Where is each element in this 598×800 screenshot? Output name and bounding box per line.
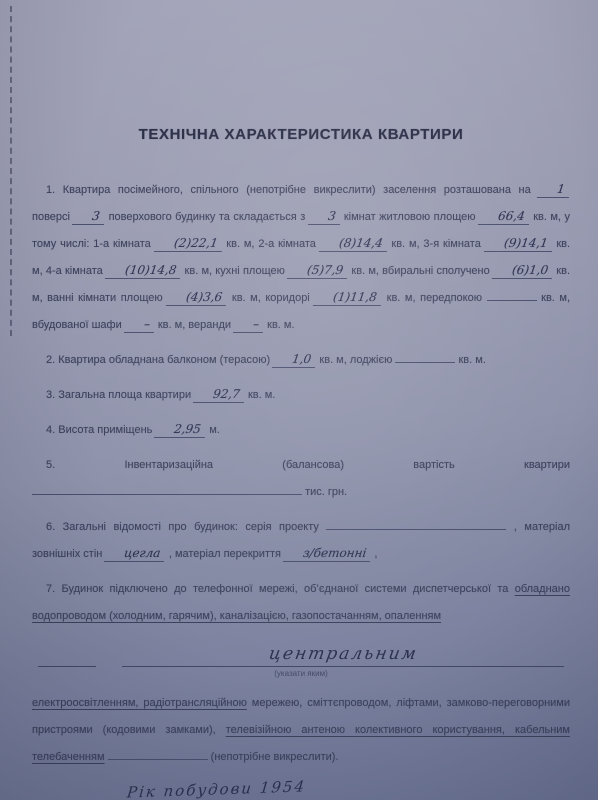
item7-underlined-electric: електроосвітленням, радіотрансляційною (32, 697, 247, 709)
form-item-7-continued: електроосвітленням, радіотрансляційною м… (32, 690, 570, 771)
closet-area-fill: – (124, 317, 156, 333)
corridor-area-fill: (1)11,8 (313, 290, 383, 306)
item5-text: 5. Інвентаризаційна (балансова) вартість… (46, 459, 570, 471)
item5-text: тис. грн. (305, 486, 347, 498)
item1-text: кв. м, передпокою (387, 292, 482, 304)
height-fill: 2,95 (154, 422, 207, 438)
item7-text: 7. Будинок підключено до телефонної мере… (46, 583, 508, 595)
item1-text: кімнат житловою площею (344, 211, 476, 223)
item2-text: 2. Квартира обладнана балконом (терасою) (46, 354, 270, 366)
room3-area-fill: (9)14,1 (484, 236, 554, 252)
item2-text: кв. м, лоджією (319, 354, 392, 366)
heating-line-main: центральним (122, 644, 564, 667)
heating-line-dash (38, 666, 96, 667)
document-photo: ТЕХНІЧНА ХАРАКТЕРИСТИКА КВАРТИРИ 1. Квар… (0, 0, 598, 800)
form-item-5: 5. Інвентаризаційна (балансова) вартість… (32, 452, 570, 506)
kitchen-area-fill: (5)7,9 (287, 263, 349, 279)
year-built-note: Рік побудови 1954 (126, 774, 388, 800)
document-title: ТЕХНІЧНА ХАРАКТЕРИСТИКА КВАРТИРИ (32, 126, 570, 143)
item6-text: , матеріал перекриття (169, 548, 281, 560)
room2-area-fill: (8)14,4 (319, 236, 389, 252)
specify-which-hint: (указати яким) (32, 669, 570, 678)
floor-fill: 1 (537, 182, 571, 198)
rooms-count-fill: 3 (308, 209, 342, 225)
item1-text: кв. м, веранди (158, 319, 231, 331)
item1-text: кв. м, 2-а кімната (226, 238, 316, 250)
walls-material-fill: цегла (104, 546, 167, 562)
total-area-fill: 92,7 (193, 387, 246, 403)
balcony-area-fill: 1,0 (272, 352, 317, 368)
item4-text: 4. Висота приміщень (46, 424, 152, 436)
heating-type-fill: центральним (259, 644, 427, 666)
storeys-fill: 3 (72, 209, 106, 225)
item6-text: 6. Загальні відомості про будинок: серія… (46, 521, 319, 533)
wc-area-fill: (6)1,0 (492, 263, 554, 279)
living-area-fill: 66,4 (478, 209, 531, 225)
item1-text: кв. м, коридорі (232, 292, 310, 304)
form-item-3: 3. Загальна площа квартири 92,7 кв. м. (32, 382, 570, 409)
project-series-blank (326, 518, 506, 530)
form-item-1: 1. Квартира посімейного, спільного (непо… (32, 177, 570, 339)
item7-text: (непотрібне викреслити). (211, 751, 339, 763)
item1-text: кв. м, кухні площею (185, 265, 285, 277)
page-edge-perforation (10, 6, 12, 336)
form-item-7: 7. Будинок підключено до телефонної мере… (32, 576, 570, 630)
bath-area-fill: (4)3,6 (166, 290, 228, 306)
room1-area-fill: (2)22,1 (154, 236, 224, 252)
item2-text: кв. м. (458, 354, 485, 366)
floors-material-fill: з/бетонні (283, 546, 373, 562)
item6-text: , (374, 548, 377, 560)
form-item-6: 6. Загальні відомості про будинок: серія… (32, 514, 570, 568)
form-item-2: 2. Квартира обладнана балконом (терасою)… (32, 347, 570, 374)
item1-text: кв. м, вбиральні сполучено (351, 265, 489, 277)
inventory-value-blank (32, 483, 302, 495)
form-item-4: 4. Висота приміщень 2,95 м. (32, 417, 570, 444)
veranda-area-fill: – (233, 317, 265, 333)
loggia-blank (395, 351, 455, 363)
item3-text: кв. м. (248, 389, 275, 401)
item1-text: кв. м. (267, 319, 294, 331)
extra-services-blank (108, 748, 208, 760)
item3-text: 3. Загальна площа квартири (46, 389, 191, 401)
item1-text: поверхового будинку та складається з (109, 211, 306, 223)
item4-text: м. (209, 424, 220, 436)
item1-text: 1. Квартира посімейного, спільного (непо… (46, 184, 531, 196)
heating-fill-line: центральним (38, 644, 564, 667)
room4-area-fill: (10)14,8 (105, 263, 183, 279)
hallway-blank (487, 289, 537, 301)
item1-text: поверсі (32, 211, 70, 223)
item1-text: кв. м, 3-я кімната (391, 238, 480, 250)
form-content: ТЕХНІЧНА ХАРАКТЕРИСТИКА КВАРТИРИ 1. Квар… (32, 126, 570, 797)
